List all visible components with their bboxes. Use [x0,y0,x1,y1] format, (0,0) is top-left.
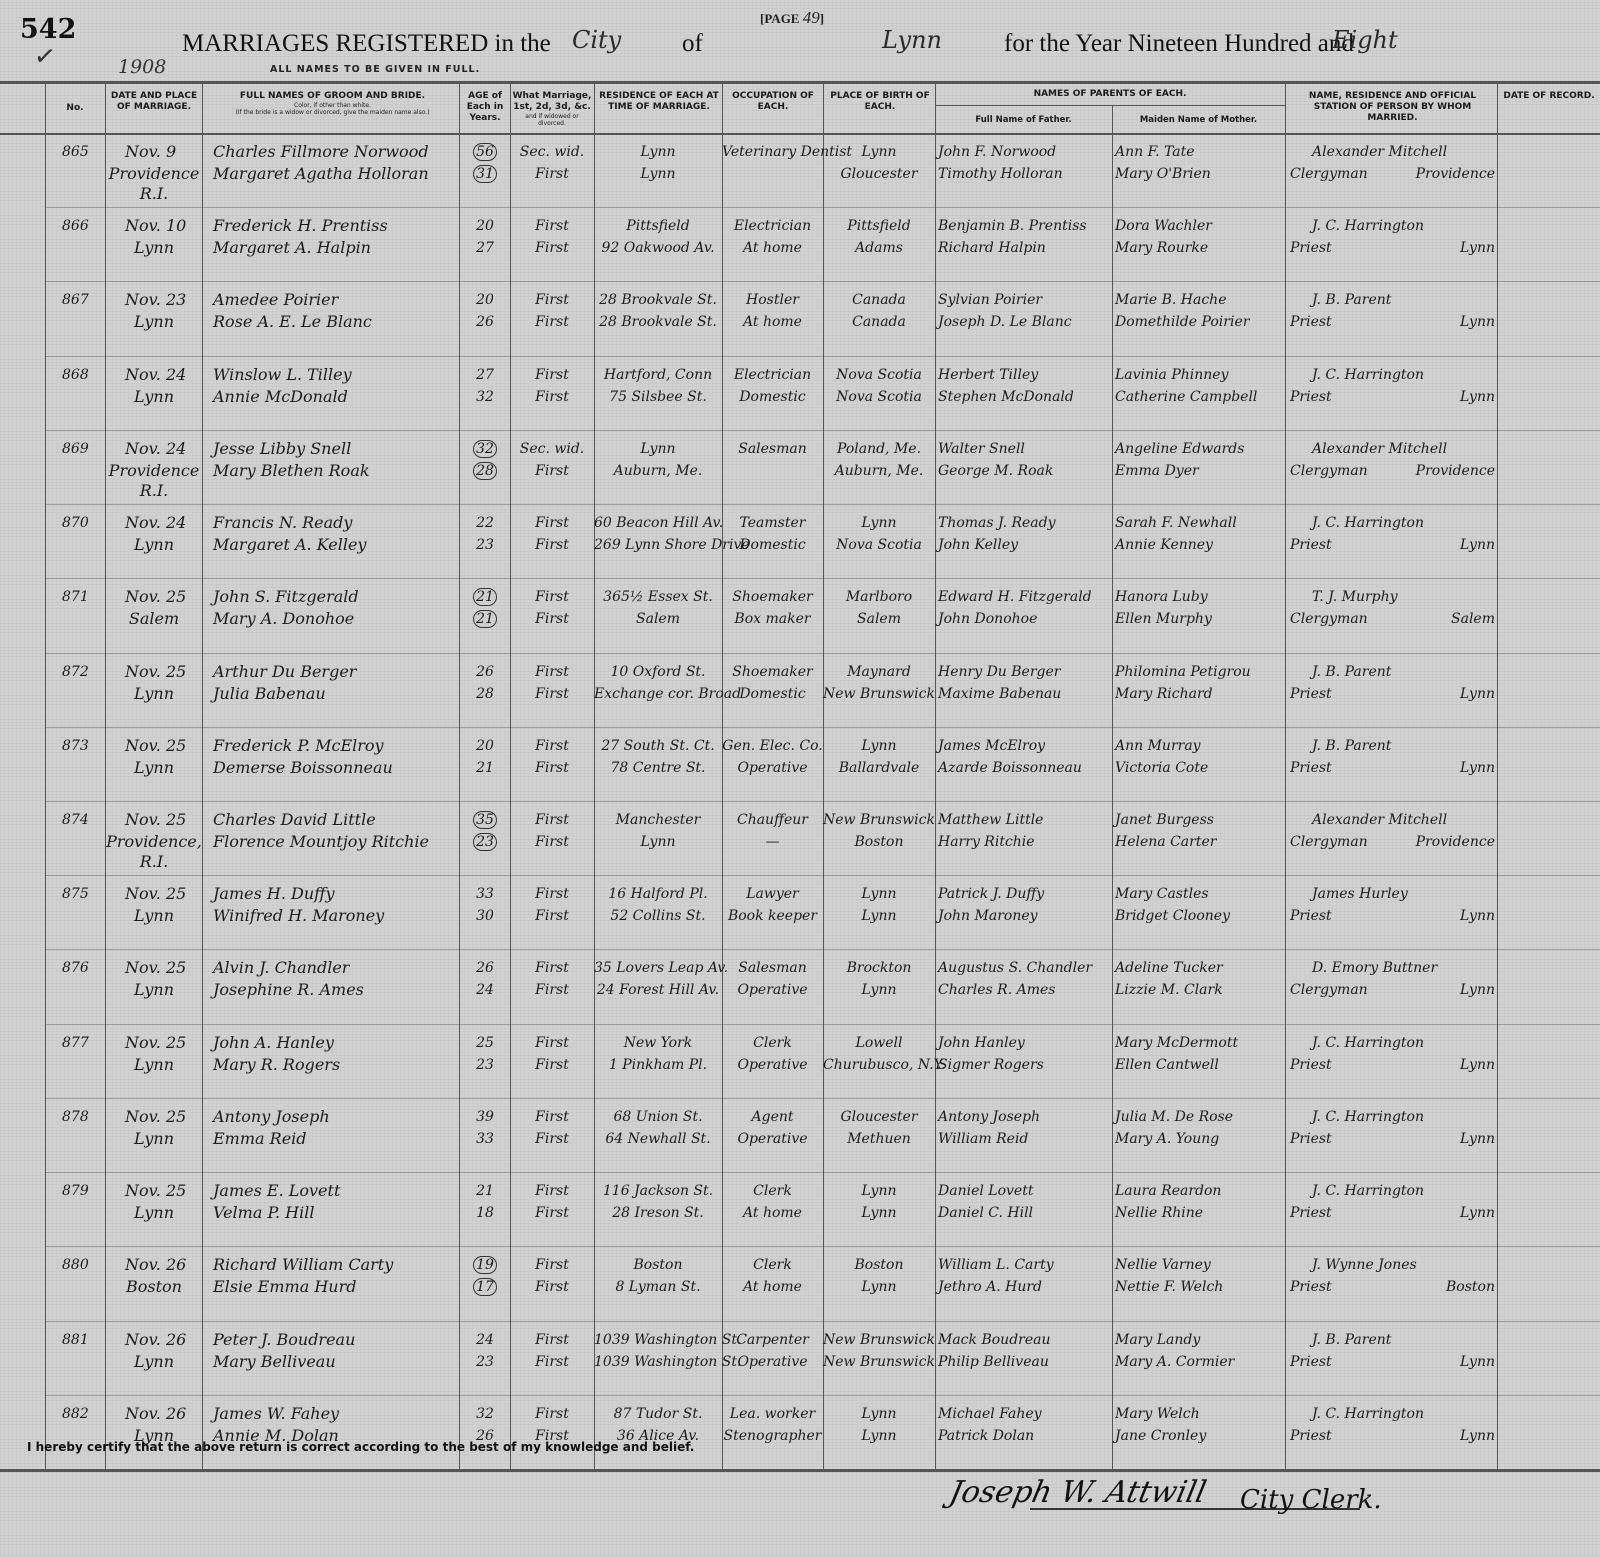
officiant-name: J. B. Parent [1312,735,1391,757]
groom-birthplace: New Brunswick [823,809,935,831]
groom-marriage-number: First [510,289,594,311]
bride-marriage-number: First [510,534,594,556]
bride-mother: Mary A. Young [1115,1128,1219,1150]
groom-occupation: Lea. worker [722,1403,823,1425]
column-header-father: Full Name of Father. [935,115,1112,125]
bride-mother: Mary Rourke [1115,237,1208,259]
bride-mother: Annie Kenney [1115,534,1213,556]
bride-occupation: Domestic [722,534,823,556]
groom-marriage-number: First [510,957,594,979]
bride-occupation: Operative [722,1351,823,1373]
bride-mother: Emma Dyer [1115,460,1199,482]
bride-father: John Kelley [938,534,1018,556]
bride-occupation: Operative [722,1128,823,1150]
bride-mother: Nellie Rhine [1115,1202,1203,1224]
officiant-station: Priest [1290,1202,1332,1224]
bride-mother: Catherine Campbell [1115,386,1257,408]
groom-occupation: Clerk [722,1254,823,1276]
groom-marriage-number: First [510,1106,594,1128]
officiant-residence: Lynn [1400,1128,1495,1150]
column-header-date-place: DATE AND PLACE OF MARRIAGE. [107,91,201,113]
groom-mother: Marie B. Hache [1115,289,1226,311]
groom-residence: 10 Oxford St. [594,661,722,683]
groom-marriage-number: First [510,215,594,237]
row-rule [45,356,1600,357]
groom-name: Peter J. Boudreau [213,1329,355,1351]
bride-marriage-number: First [510,1351,594,1373]
marriage-place: Providence, [106,831,202,853]
groom-residence: 35 Lovers Leap Av. [594,957,722,979]
bride-father: Azarde Boissonneau [938,757,1082,779]
bride-marriage-number: First [510,1202,594,1224]
officiant-station: Priest [1290,1276,1332,1298]
table-bottom-rule [0,1469,1600,1472]
groom-occupation: Gen. Elec. Co. [722,735,823,757]
column-header-parents: NAMES OF PARENTS OF EACH. [935,89,1285,99]
groom-father: Walter Snell [938,438,1025,460]
row-rule [45,1395,1600,1396]
groom-mother: Hanora Luby [1115,586,1208,608]
officiant-name: J. Wynne Jones [1312,1254,1417,1276]
bride-mother: Mary A. Cormier [1115,1351,1234,1373]
bride-occupation: At home [722,237,823,259]
groom-name: Frederick H. Prentiss [213,215,388,237]
bride-occupation: Stenographer [722,1425,823,1447]
bride-residence: 52 Collins St. [594,905,722,927]
groom-birthplace: Marlboro [823,586,935,608]
groom-occupation: Electrician [722,364,823,386]
groom-marriage-number: First [510,883,594,905]
groom-residence: 116 Jackson St. [594,1180,722,1202]
column-header-names: FULL NAMES OF GROOM AND BRIDE. Color, if… [210,91,455,116]
groom-marriage-number: First [510,1180,594,1202]
bride-occupation: At home [722,1202,823,1224]
marriage-date: Nov. 25 [125,735,186,757]
table-row: 878 Nov. 25 Lynn Antony Joseph Emma Reid… [0,1098,1600,1172]
groom-name: Charles Fillmore Norwood [213,141,429,163]
groom-father: Mack Boudreau [938,1329,1051,1351]
bride-residence: 28 Ireson St. [594,1202,722,1224]
marriage-date: Nov. 24 [125,438,186,460]
groom-occupation: Carpenter [722,1329,823,1351]
bride-mother: Lizzie M. Clark [1115,979,1223,1001]
marriage-date: Nov. 25 [125,883,186,905]
row-rule [45,653,1600,654]
bride-age: 18 [460,1202,510,1224]
groom-age: 26 [460,661,510,683]
bride-name: Florence Mountjoy Ritchie [213,831,429,853]
groom-mother: Mary Castles [1115,883,1209,905]
marriage-place: Providence [106,460,202,482]
groom-marriage-number: First [510,735,594,757]
bride-name: Elsie Emma Hurd [213,1276,356,1298]
bride-mother: Bridget Clooney [1115,905,1230,927]
bride-marriage-number: First [510,831,594,853]
groom-residence: Hartford, Conn [594,364,722,386]
groom-age: 20 [460,735,510,757]
bride-name: Winifred H. Maroney [213,905,384,927]
marriage-date: Nov. 26 [125,1254,186,1276]
bride-marriage-number: First [510,979,594,1001]
officiant-name: Alexander Mitchell [1312,809,1447,831]
record-number: 869 [62,438,89,460]
officiant-station: Priest [1290,386,1332,408]
groom-father: Sylvian Poirier [938,289,1042,311]
bride-marriage-number: First [510,163,594,185]
row-rule [45,504,1600,505]
column-header-birthplace: PLACE OF BIRTH OF EACH. [830,91,930,113]
groom-name: James W. Fahey [213,1403,339,1425]
groom-birthplace: Lynn [823,883,935,905]
marriage-date: Nov. 25 [125,957,186,979]
bride-father: Joseph D. Le Blanc [938,311,1072,333]
table-row: 870 Nov. 24 Lynn Francis N. Ready Margar… [0,504,1600,578]
table-row: 880 Nov. 26 Boston Richard William Carty… [0,1246,1600,1320]
groom-age: 32 [460,1403,510,1425]
page-label: [PAGE 49] [760,8,824,28]
table-row: 873 Nov. 25 Lynn Frederick P. McElroy De… [0,727,1600,801]
bride-occupation: — [722,831,823,853]
record-number: 875 [62,883,89,905]
column-header-residence: RESIDENCE OF EACH AT TIME OF MARRIAGE. [598,91,720,113]
officiant-residence: Lynn [1400,1425,1495,1447]
marriage-place-state: R.I. [106,851,202,873]
bride-father: Stephen McDonald [938,386,1074,408]
groom-mother: Julia M. De Rose [1115,1106,1233,1128]
groom-age: 35 [460,809,510,831]
groom-name: Richard William Carty [213,1254,393,1276]
groom-mother: Ann Murray [1115,735,1201,757]
groom-occupation: Lawyer [722,883,823,905]
marriage-date: Nov. 10 [125,215,186,237]
table-row: 877 Nov. 25 Lynn John A. Hanley Mary R. … [0,1024,1600,1098]
groom-mother: Mary Landy [1115,1329,1200,1351]
bride-residence: Exchange cor. Broad [594,683,722,705]
groom-father: Herbert Tilley [938,364,1038,386]
officiant-station: Priest [1290,1351,1332,1373]
groom-mother: Laura Reardon [1115,1180,1221,1202]
officiant-name: J. C. Harrington [1312,215,1424,237]
bride-mother: Domethilde Poirier [1115,311,1249,333]
groom-occupation: Teamster [722,512,823,534]
bride-residence: 78 Centre St. [594,757,722,779]
groom-mother: Mary McDermott [1115,1032,1238,1054]
parents-divider [935,105,1285,106]
groom-mother: Adeline Tucker [1115,957,1223,979]
marriage-place: Lynn [106,311,202,333]
groom-name: Alvin J. Chandler [213,957,349,979]
groom-name: Francis N. Ready [213,512,352,534]
officiant-name: J. C. Harrington [1312,1032,1424,1054]
bride-birthplace: Lynn [823,1276,935,1298]
bride-age: 24 [460,979,510,1001]
officiant-station: Clergyman [1290,608,1368,630]
bride-age: 31 [460,163,510,185]
marriage-date: Nov. 24 [125,364,186,386]
officiant-name: T. J. Murphy [1312,586,1398,608]
groom-birthplace: Lowell [823,1032,935,1054]
officiant-station: Priest [1290,534,1332,556]
groom-age: 39 [460,1106,510,1128]
ledger-page: 542 ✓ [PAGE 49] MARRIAGES REGISTERED in … [0,0,1600,1557]
bride-marriage-number: First [510,460,594,482]
record-number: 881 [62,1329,89,1351]
groom-occupation: Veterinary Dentist [722,141,823,163]
table-row: 875 Nov. 25 Lynn James H. Duffy Winifred… [0,875,1600,949]
bride-marriage-number: First [510,905,594,927]
table-row: 869 Nov. 24 Providence R.I. Jesse Libby … [0,430,1600,504]
record-number: 872 [62,661,89,683]
year-note: 1908 [118,56,166,78]
groom-father: John F. Norwood [938,141,1056,163]
groom-residence: 60 Beacon Hill Av. [594,512,722,534]
bride-age: 26 [460,311,510,333]
page-title: MARRIAGES REGISTERED in the City of Lynn… [182,30,1432,66]
officiant-residence: Providence [1400,831,1495,853]
marriage-place: Boston [106,1276,202,1298]
groom-name: James E. Lovett [213,1180,340,1202]
officiant-residence: Boston [1400,1276,1495,1298]
groom-age: 21 [460,1180,510,1202]
record-number: 882 [62,1403,89,1425]
column-header-record-date: DATE OF RECORD. [1500,91,1598,102]
marriage-date: Nov. 9 [125,141,176,163]
bride-name: Margaret A. Halpin [213,237,371,259]
bride-age: 33 [460,1128,510,1150]
groom-father: Benjamin B. Prentiss [938,215,1087,237]
table-row: 879 Nov. 25 Lynn James E. Lovett Velma P… [0,1172,1600,1246]
bride-age: 23 [460,831,510,853]
groom-occupation: Electrician [722,215,823,237]
officiant-station: Priest [1290,237,1332,259]
groom-occupation: Hostler [722,289,823,311]
officiant-station: Clergyman [1290,979,1368,1001]
record-number: 873 [62,735,89,757]
record-number: 867 [62,289,89,311]
row-rule [45,1024,1600,1025]
record-number: 877 [62,1032,89,1054]
groom-residence: Pittsfield [594,215,722,237]
officiant-name: J. C. Harrington [1312,512,1424,534]
groom-birthplace: Nova Scotia [823,364,935,386]
column-header-marriage: What Marriage, 1st, 2d, 3d, &c. and if w… [512,91,592,127]
groom-age: 56 [460,141,510,163]
bride-name: Annie McDonald [213,386,348,408]
groom-birthplace: Brockton [823,957,935,979]
groom-mother: Sarah F. Newhall [1115,512,1237,534]
groom-age: 26 [460,957,510,979]
officiant-residence: Lynn [1400,905,1495,927]
groom-marriage-number: First [510,661,594,683]
bride-residence: 24 Forest Hill Av. [594,979,722,1001]
bride-marriage-number: First [510,683,594,705]
row-rule [45,281,1600,282]
officiant-name: J. C. Harrington [1312,364,1424,386]
officiant-residence: Lynn [1400,534,1495,556]
groom-residence: Boston [594,1254,722,1276]
check-mark-icon: ✓ [32,41,58,74]
row-rule [45,1172,1600,1173]
row-rule [45,207,1600,208]
groom-mother: Angeline Edwards [1115,438,1244,460]
groom-name: Arthur Du Berger [213,661,356,683]
bride-name: Velma P. Hill [213,1202,314,1224]
row-rule [45,1321,1600,1322]
bride-residence: 8 Lyman St. [594,1276,722,1298]
bride-marriage-number: First [510,1128,594,1150]
certification-statement: I hereby certify that the above return i… [27,1440,694,1454]
bride-father: John Maroney [938,905,1038,927]
marriage-date: Nov. 25 [125,809,186,831]
bride-marriage-number: First [510,311,594,333]
groom-birthplace: Poland, Me. [823,438,935,460]
marriage-date: Nov. 25 [125,661,186,683]
groom-birthplace: Lynn [823,512,935,534]
column-header-age: AGE of Each in Years. [461,91,509,124]
bride-age: 23 [460,534,510,556]
bride-occupation: Operative [722,1054,823,1076]
groom-birthplace: New Brunswick [823,1329,935,1351]
bride-birthplace: Nova Scotia [823,386,935,408]
bride-residence: 64 Newhall St. [594,1128,722,1150]
bride-age: 32 [460,386,510,408]
table-row: 871 Nov. 25 Salem John S. Fitzgerald Mar… [0,578,1600,652]
groom-birthplace: Lynn [823,735,935,757]
groom-name: James H. Duffy [213,883,335,905]
bride-father: Philip Belliveau [938,1351,1049,1373]
bride-occupation: Box maker [722,608,823,630]
officiant-name: Alexander Mitchell [1312,141,1447,163]
officiant-name: J. B. Parent [1312,1329,1391,1351]
groom-birthplace: Lynn [823,1180,935,1202]
record-number: 866 [62,215,89,237]
bride-mother: Helena Carter [1115,831,1216,853]
groom-name: Frederick P. McElroy [213,735,384,757]
officiant-name: James Hurley [1312,883,1408,905]
bride-occupation: Domestic [722,386,823,408]
officiant-station: Priest [1290,1128,1332,1150]
bride-birthplace: Lynn [823,979,935,1001]
bride-occupation: At home [722,311,823,333]
table-row: 865 Nov. 9 Providence R.I. Charles Fillm… [0,133,1600,207]
groom-marriage-number: First [510,1329,594,1351]
groom-name: John A. Hanley [213,1032,334,1054]
bride-mother: Mary O'Brien [1115,163,1211,185]
bride-marriage-number: First [510,1276,594,1298]
marriage-ledger-table: No. DATE AND PLACE OF MARRIAGE. FULL NAM… [0,81,1600,1471]
bride-residence: 92 Oakwood Av. [594,237,722,259]
groom-occupation: Shoemaker [722,586,823,608]
bride-name: Mary A. Donohoe [213,608,354,630]
bride-mother: Mary Richard [1115,683,1213,705]
marriage-date: Nov. 26 [125,1329,186,1351]
bride-birthplace: Lynn [823,905,935,927]
groom-marriage-number: First [510,586,594,608]
bride-age: 28 [460,460,510,482]
groom-birthplace: Gloucester [823,1106,935,1128]
groom-occupation: Shoemaker [722,661,823,683]
bride-marriage-number: First [510,608,594,630]
groom-father: Daniel Lovett [938,1180,1033,1202]
marriage-date: Nov. 25 [125,1180,186,1202]
groom-age: 21 [460,586,510,608]
bride-father: Charles R. Ames [938,979,1055,1001]
groom-age: 20 [460,289,510,311]
officiant-residence: Lynn [1400,1054,1495,1076]
bride-birthplace: Salem [823,608,935,630]
groom-marriage-number: First [510,512,594,534]
groom-age: 22 [460,512,510,534]
bride-mother: Victoria Cote [1115,757,1208,779]
table-row: 882 Nov. 26 Lynn James W. Fahey Annie M.… [0,1395,1600,1469]
bride-father: Sigmer Rogers [938,1054,1044,1076]
record-number: 876 [62,957,89,979]
bride-name: Mary Belliveau [213,1351,336,1373]
marriage-place-state: R.I. [106,480,202,502]
groom-birthplace: Canada [823,289,935,311]
officiant-name: J. B. Parent [1312,661,1391,683]
row-rule [45,1246,1600,1247]
bride-birthplace: New Brunswick [823,683,935,705]
officiant-name: J. C. Harrington [1312,1106,1424,1128]
bride-name: Margaret A. Kelley [213,534,366,556]
marriage-place: Lynn [106,683,202,705]
officiant-name: J. B. Parent [1312,289,1391,311]
bride-name: Emma Reid [213,1128,307,1150]
bride-mother: Ellen Murphy [1115,608,1212,630]
groom-residence: 68 Union St. [594,1106,722,1128]
marriage-place: Lynn [106,386,202,408]
groom-birthplace: Lynn [823,1403,935,1425]
bride-residence: Lynn [594,831,722,853]
groom-residence: 27 South St. Ct. [594,735,722,757]
bride-occupation: Book keeper [722,905,823,927]
bride-father: John Donohoe [938,608,1037,630]
bride-father: Richard Halpin [938,237,1046,259]
bride-marriage-number: First [510,386,594,408]
bride-marriage-number: First [510,1054,594,1076]
table-row: 881 Nov. 26 Lynn Peter J. Boudreau Mary … [0,1321,1600,1395]
table-row: 872 Nov. 25 Lynn Arthur Du Berger Julia … [0,653,1600,727]
marriage-place: Lynn [106,1128,202,1150]
groom-residence: 87 Tudor St. [594,1403,722,1425]
marriage-place-state: R.I. [106,183,202,205]
groom-marriage-number: First [510,809,594,831]
table-row: 868 Nov. 24 Lynn Winslow L. Tilley Annie… [0,356,1600,430]
groom-residence: 365½ Essex St. [594,586,722,608]
groom-age: 24 [460,1329,510,1351]
officiant-station: Clergyman [1290,163,1368,185]
column-header-occupation: OCCUPATION OF EACH. [728,91,818,113]
bride-age: 23 [460,1351,510,1373]
bride-name: Julia Babenau [213,683,326,705]
row-rule [45,578,1600,579]
clerk-title: City Clerk. [1240,1485,1382,1515]
bride-age: 21 [460,757,510,779]
marriage-date: Nov. 25 [125,1032,186,1054]
row-rule [45,727,1600,728]
groom-name: John S. Fitzgerald [213,586,359,608]
bride-name: Margaret Agatha Holloran [213,163,429,185]
marriage-date: Nov. 25 [125,586,186,608]
marriage-place: Lynn [106,905,202,927]
bride-birthplace: Ballardvale [823,757,935,779]
bride-age: 30 [460,905,510,927]
marriage-date: Nov. 24 [125,512,186,534]
bride-birthplace: New Brunswick [823,1351,935,1373]
bride-name: Mary Blethen Roak [213,460,370,482]
bride-birthplace: Methuen [823,1128,935,1150]
